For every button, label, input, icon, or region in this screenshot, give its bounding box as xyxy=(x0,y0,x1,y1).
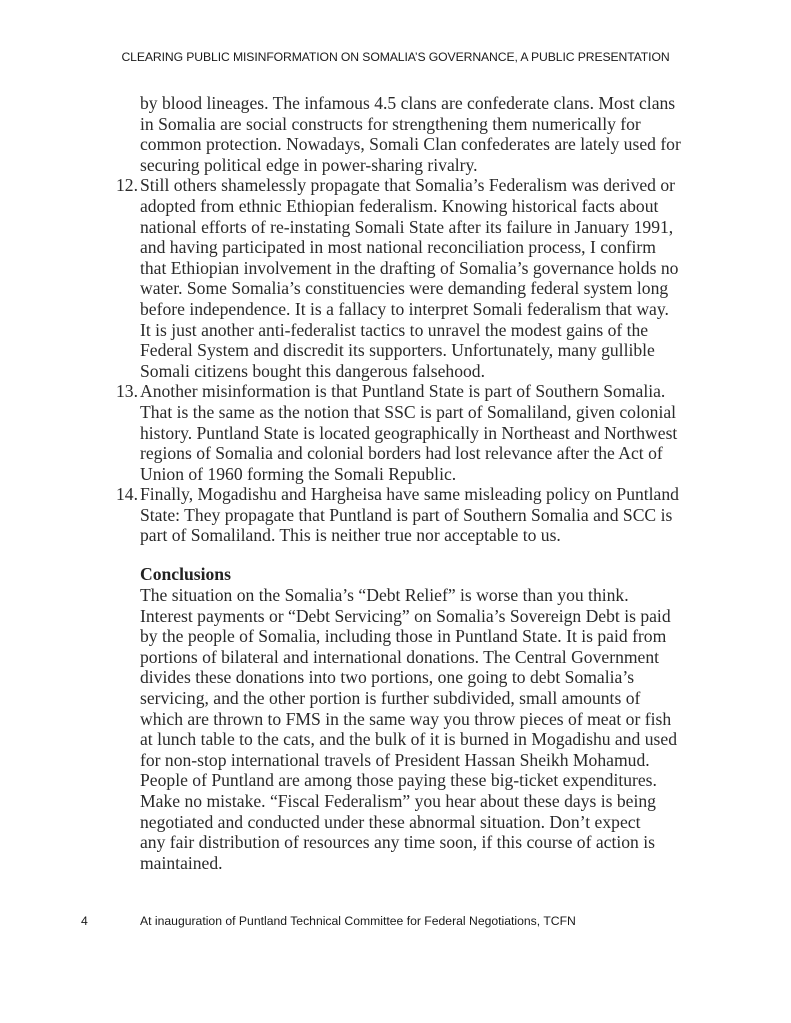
footer-text: At inauguration of Puntland Technical Co… xyxy=(140,914,576,928)
text-line: Somali citizens bought this dangerous fa… xyxy=(140,361,706,382)
list-item-14: 14. Finally, Mogadishu and Hargheisa hav… xyxy=(116,484,706,546)
text-line: at lunch table to the cats, and the bulk… xyxy=(140,729,706,750)
list-item-13: 13. Another misinformation is that Puntl… xyxy=(116,381,706,484)
text-line: negotiated and conducted under these abn… xyxy=(140,812,706,833)
document-page: CLEARING PUBLIC MISINFORMATION ON SOMALI… xyxy=(0,0,791,1023)
list-number: 14. xyxy=(116,484,138,505)
text-line: adopted from ethnic Ethiopian federalism… xyxy=(140,196,706,217)
text-line: divides these donations into two portion… xyxy=(140,667,706,688)
text-line: Still others shamelessly propagate that … xyxy=(140,175,706,196)
text-line: The situation on the Somalia’s “Debt Rel… xyxy=(140,585,706,606)
text-line: portions of bilateral and international … xyxy=(140,647,706,668)
text-line: history. Puntland State is located geogr… xyxy=(140,423,706,444)
text-line: by the people of Somalia, including thos… xyxy=(140,626,706,647)
continuation-paragraph: by blood lineages. The infamous 4.5 clan… xyxy=(116,93,706,175)
text-line: Federal System and discredit its support… xyxy=(140,340,706,361)
text-line: in Somalia are social constructs for str… xyxy=(140,114,706,135)
text-line: regions of Somalia and colonial borders … xyxy=(140,443,706,464)
text-line: maintained. xyxy=(140,853,706,874)
text-line: before independence. It is a fallacy to … xyxy=(140,299,706,320)
list-number: 12. xyxy=(116,175,138,196)
text-line: It is just another anti-federalist tacti… xyxy=(140,320,706,341)
text-line: and having participated in most national… xyxy=(140,237,706,258)
list-number: 13. xyxy=(116,381,138,402)
text-line: securing political edge in power-sharing… xyxy=(140,155,706,176)
conclusions-heading: Conclusions xyxy=(140,563,706,585)
text-line: That is the same as the notion that SSC … xyxy=(140,402,706,423)
text-line: Finally, Mogadishu and Hargheisa have sa… xyxy=(140,484,706,505)
text-line: that Ethiopian involvement in the drafti… xyxy=(140,258,706,279)
text-line: part of Somaliland. This is neither true… xyxy=(140,525,706,546)
text-line: People of Puntland are among those payin… xyxy=(140,770,706,791)
text-line: Interest payments or “Debt Servicing” on… xyxy=(140,606,706,627)
text-line: water. Some Somalia’s constituencies wer… xyxy=(140,278,706,299)
running-header: CLEARING PUBLIC MISINFORMATION ON SOMALI… xyxy=(0,50,791,64)
text-line: national efforts of re-instating Somali … xyxy=(140,217,706,238)
text-line: by blood lineages. The infamous 4.5 clan… xyxy=(140,93,706,114)
text-line: common protection. Nowadays, Somali Clan… xyxy=(140,134,706,155)
text-line: which are thrown to FMS in the same way … xyxy=(140,709,706,730)
text-line: any fair distribution of resources any t… xyxy=(140,832,706,853)
text-line: servicing, and the other portion is furt… xyxy=(140,688,706,709)
text-line: Another misinformation is that Puntland … xyxy=(140,381,706,402)
list-item-12: 12. Still others shamelessly propagate t… xyxy=(116,175,706,381)
text-line: Union of 1960 forming the Somali Republi… xyxy=(140,464,706,485)
conclusions-paragraph: The situation on the Somalia’s “Debt Rel… xyxy=(116,585,706,873)
text-line: Make no mistake. “Fiscal Federalism” you… xyxy=(140,791,706,812)
page-number: 4 xyxy=(81,914,88,928)
text-line: State: They propagate that Puntland is p… xyxy=(140,505,706,526)
document-body: by blood lineages. The infamous 4.5 clan… xyxy=(116,93,706,873)
text-line: for non-stop international travels of Pr… xyxy=(140,750,706,771)
